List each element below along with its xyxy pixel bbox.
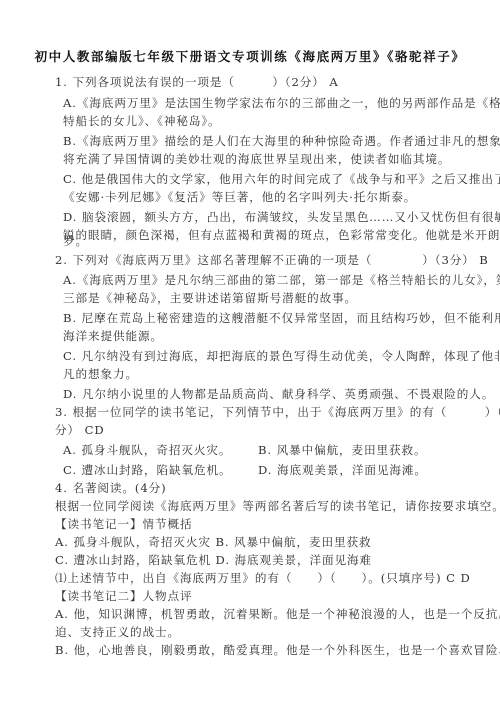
question-4-intro: 根据一位同学阅读《海底两万里》等两部名著后写的读书笔记，请你按要求填空。	[55, 499, 500, 513]
question-1-option-c-cont: 《安娜·卡列尼娜》《复活》等巨著，他的名字叫列夫·托尔斯泰。	[63, 190, 416, 204]
question-3-option-c: C. 遭冰山封路，陷缺氧危机。	[63, 463, 231, 477]
question-3-stem: 3. 根据一位同学的读书笔记，下列情节中，出于《海底两万里》的有（ ）（2	[55, 405, 500, 419]
reading-note-2-option-a: A. 他，知识渊博，机智勇敢，沉着果断。他是一个神秘浪漫的人，也是一个反抗压	[55, 607, 500, 621]
question-2-option-a: A.《海底两万里》是凡尔纳三部曲的第二部，第一部是《格兰特船长的儿女》，第	[63, 273, 500, 287]
question-1-option-d: D. 脑袋滚圆，额头方方，凸出，布满皱纹，头发呈黑色……又小又忧伤但有很敏	[63, 210, 500, 224]
question-1-option-d-cont2: 罗。	[63, 234, 88, 248]
question-2-stem: 2. 下列对《海底两万里》这部名著理解不正确的一项是（ ）（3分） B	[55, 253, 489, 267]
question-1-option-d-cont: 锐的眼睛，颜色深褐，但有点蓝褐和黄褐的斑点，色彩常常变化。他就是米开朗琪	[63, 228, 500, 242]
question-2-option-c: C. 凡尔纳没有到过海底，却把海底的景色写得生动优美，令人陶醉，体现了他非	[63, 349, 500, 363]
question-3-option-a: A. 孤身斗舰队，奇招灭火灾。	[63, 443, 231, 457]
question-3-option-d: D. 海底观美景，洋面见海滩。	[258, 463, 427, 477]
question-4-stem: 4. 名著阅读。(4分)	[55, 481, 167, 495]
document-page: 初中人教部编版七年级下册语文专项训练《海底两万里》《骆驼祥子》 1. 下列各项说…	[0, 0, 500, 711]
document-title: 初中人教部编版七年级下册语文专项训练《海底两万里》《骆驼祥子》	[0, 47, 500, 65]
reading-note-1-options-cd: C. 遭冰山封路，陷缺氧危机 D. 海底观美景，洋面见海难	[55, 553, 372, 567]
reading-note-2-option-b: B. 他，心地善良，刚毅勇敢，酷爱真理。他是一个外科医生，也是一个喜欢冒险、	[55, 643, 500, 657]
question-1-option-c: C. 他是俄国伟大的文学家，他用六年的时间完成了《战争与和平》之后又推出了	[63, 172, 500, 186]
reading-note-2-title: 【读书笔记二】人物点评	[55, 589, 192, 603]
question-1-option-b-cont: 将充满了异国情调的美妙壮观的海底世界呈现出来，使读者如临其境。	[63, 152, 450, 166]
question-2-option-b: B. 尼摩在荒岛上秘密建造的这艘潜艇不仅异常坚固，而且结构巧妙，但不能利用	[63, 311, 500, 325]
reading-note-2-option-a-cont: 迫、支持正义的战士。	[55, 625, 180, 639]
question-2-option-c-cont: 凡的想象力。	[63, 367, 138, 381]
question-2-option-a-cont: 三部是《神秘岛》，主要讲述诺第留斯号潜艇的故事。	[63, 291, 357, 305]
question-1-option-a: A.《海底两万里》是法国生物学家法布尔的三部曲之一，他的另两部作品是《格兰	[63, 96, 500, 110]
reading-note-1-options-ab: A. 孤身斗舰队，奇招灭火灾 B. 风暴中偏航，麦田里获救	[55, 535, 371, 549]
question-1-option-a-cont: 特船长的女儿》、《神秘岛》。	[63, 114, 221, 128]
reading-note-1-title: 【读书笔记一】情节概括	[55, 517, 192, 531]
question-4-sub-1: ⑴上述情节中，出自《海底两万里》的有（ ）（ ）。(只填序号) C D	[55, 571, 471, 585]
question-3-stem-cont: 分） CD	[55, 423, 105, 437]
question-2-option-b-cont: 海洋来提供能源。	[63, 329, 163, 343]
question-2-option-d: D. 凡尔纳小说里的人物都是品质高尚、献身科学、英勇顽强、不畏艰险的人。	[63, 387, 494, 401]
question-1-stem: 1. 下列各项说法有误的一项是（ ）（2分） A	[55, 75, 339, 89]
question-1-option-b: B.《海底两万里》描绘的是人们在大海里的种种惊险奇遇。作者通过非凡的想象，	[63, 134, 500, 148]
question-3-option-b: B. 风暴中偏航，麦田里获救。	[258, 443, 427, 457]
